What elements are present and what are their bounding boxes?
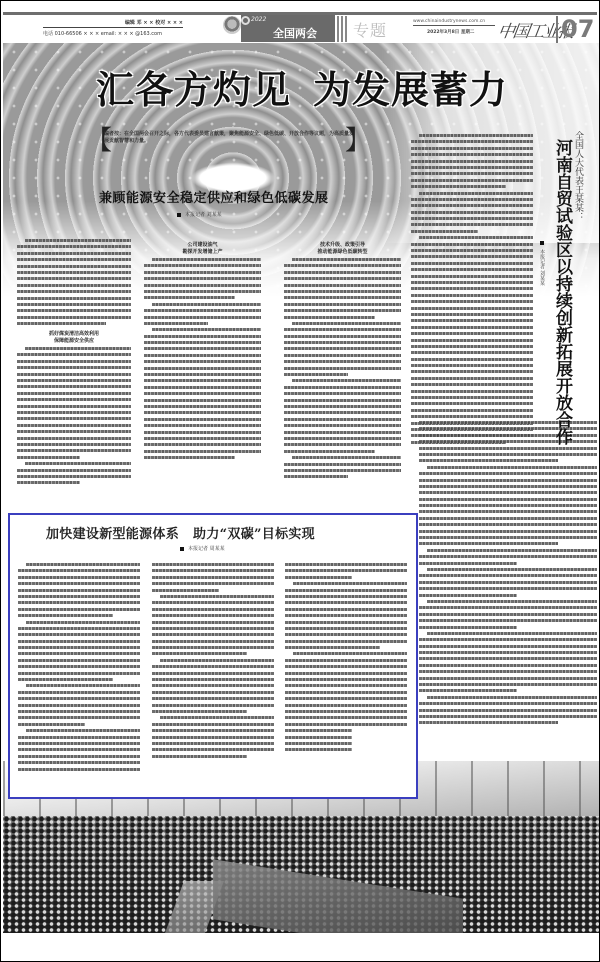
column-text [144,258,261,459]
event-name: 全国两会 [273,25,317,41]
article-column-3: 技术升级、政策引导 推动能源绿色低碳转型 [284,242,401,482]
masthead: 编辑 邓 × × 校对 × × × 电话 010-66506 × × × ema… [1,15,600,43]
right-article-column-upper [411,134,533,447]
column-subhead: 技术升级、政策引导 推动能源绿色低碳转型 [284,242,401,256]
bottom-margin [3,933,599,961]
article-column-2: 公司建设油气 勘探开发增储上产 [144,242,261,463]
column-text [18,563,140,771]
column-text [17,239,131,325]
phone-email-line: 电话 010-66506 × × × email: × × × @163.com [43,30,183,37]
article-byline: 本报记者 刘某某 [177,211,222,218]
issue-meta: www.chinaindustrynews.com.cn 2022年3月8日 星… [413,19,495,35]
editor-note: 【 编者按：在全国两会召开之际，各方代表委员建言献策，聚焦能源安全、绿色低碳、开… [86,127,361,167]
newspaper-page: 编辑 邓 × × 校对 × × × 电话 010-66506 × × × ema… [0,0,600,962]
column-text [284,258,401,478]
national-emblem-icon [223,16,241,34]
column-subhead: 抓好煤炭清洁高效利用 保障能源安全供应 [17,331,131,345]
headline-part2: 助力“双碳”目标实现 [193,527,315,542]
subhead-line-1: 技术升级、政策引导 [284,242,401,249]
column-text [285,563,407,751]
right-article-kicker: 全国人大代表王某某： [573,131,583,221]
feature-title: 汇各方灼见为发展蓄力 [96,59,508,114]
highlighted-article[interactable]: 加快建设新型能源体系助力“双碳”目标实现 本报记者 周某某 [8,513,418,799]
feature-title-part2: 为发展蓄力 [313,68,508,112]
byline-text: 本报记者 刘某某 [539,249,545,286]
byline-marker-icon [177,213,181,217]
byline-text: 本报记者 周某某 [188,546,225,552]
page-number: 07 [561,15,594,43]
editor-note-text: 编者按：在全国两会召开之际，各方代表委员建言献策，聚焦能源安全、绿色低碳、开放合… [104,131,354,145]
event-logo-icon [241,16,250,25]
subhead-line-1: 公司建设油气 [144,242,261,249]
right-article-column-lower [419,421,597,728]
subhead-line-2: 保障能源安全供应 [17,338,131,345]
article-headline: 兼顾能源安全稳定供应和绿色低碳发展 [99,187,329,206]
subhead-line-2: 推动能源绿色低碳转型 [284,249,401,256]
highlighted-article-byline: 本报记者 周某某 [180,545,225,552]
divider [556,16,558,44]
event-year: 2022 [251,16,266,23]
headline-part1: 加快建设新型能源体系 [46,527,179,542]
highlight-column-1 [18,563,140,774]
decorative-bars [337,16,349,42]
subhead-line-2: 勘探开发增储上产 [144,249,261,256]
right-article-headline: 河南自贸试验区以持续创新拓展开放合作 [553,139,571,445]
byline-text: 本报记者 刘某某 [185,212,222,218]
highlighted-article-headline: 加快建设新型能源体系助力“双碳”目标实现 [46,523,315,542]
feature-title-part1: 汇各方灼见 [96,68,291,112]
right-article-byline: 本报记者 刘某某 [539,241,546,286]
column-subhead: 公司建设油气 勘探开发增储上产 [144,242,261,256]
column-text [152,563,274,758]
column-text [17,347,131,484]
bracket-close: 】 [345,127,371,155]
section-label: 专题 [353,18,387,41]
highlight-column-3 [285,563,407,755]
issue-date: 2022年3月8日 星期二 [413,29,495,35]
website: www.chinaindustrynews.com.cn [413,19,495,26]
editor-line: 编辑 邓 × × 校对 × × × [43,19,183,28]
byline-marker-icon [180,547,184,551]
contact-info: 编辑 邓 × × 校对 × × × 电话 010-66506 × × × ema… [43,19,183,37]
highlight-column-2 [152,563,274,761]
byline-marker-icon [540,241,544,245]
column-text [411,134,533,444]
event-badge: 2022 全国两会 [241,15,335,42]
column-text [419,421,597,724]
article-column-1: 抓好煤炭清洁高效利用 保障能源安全供应 [17,239,131,488]
